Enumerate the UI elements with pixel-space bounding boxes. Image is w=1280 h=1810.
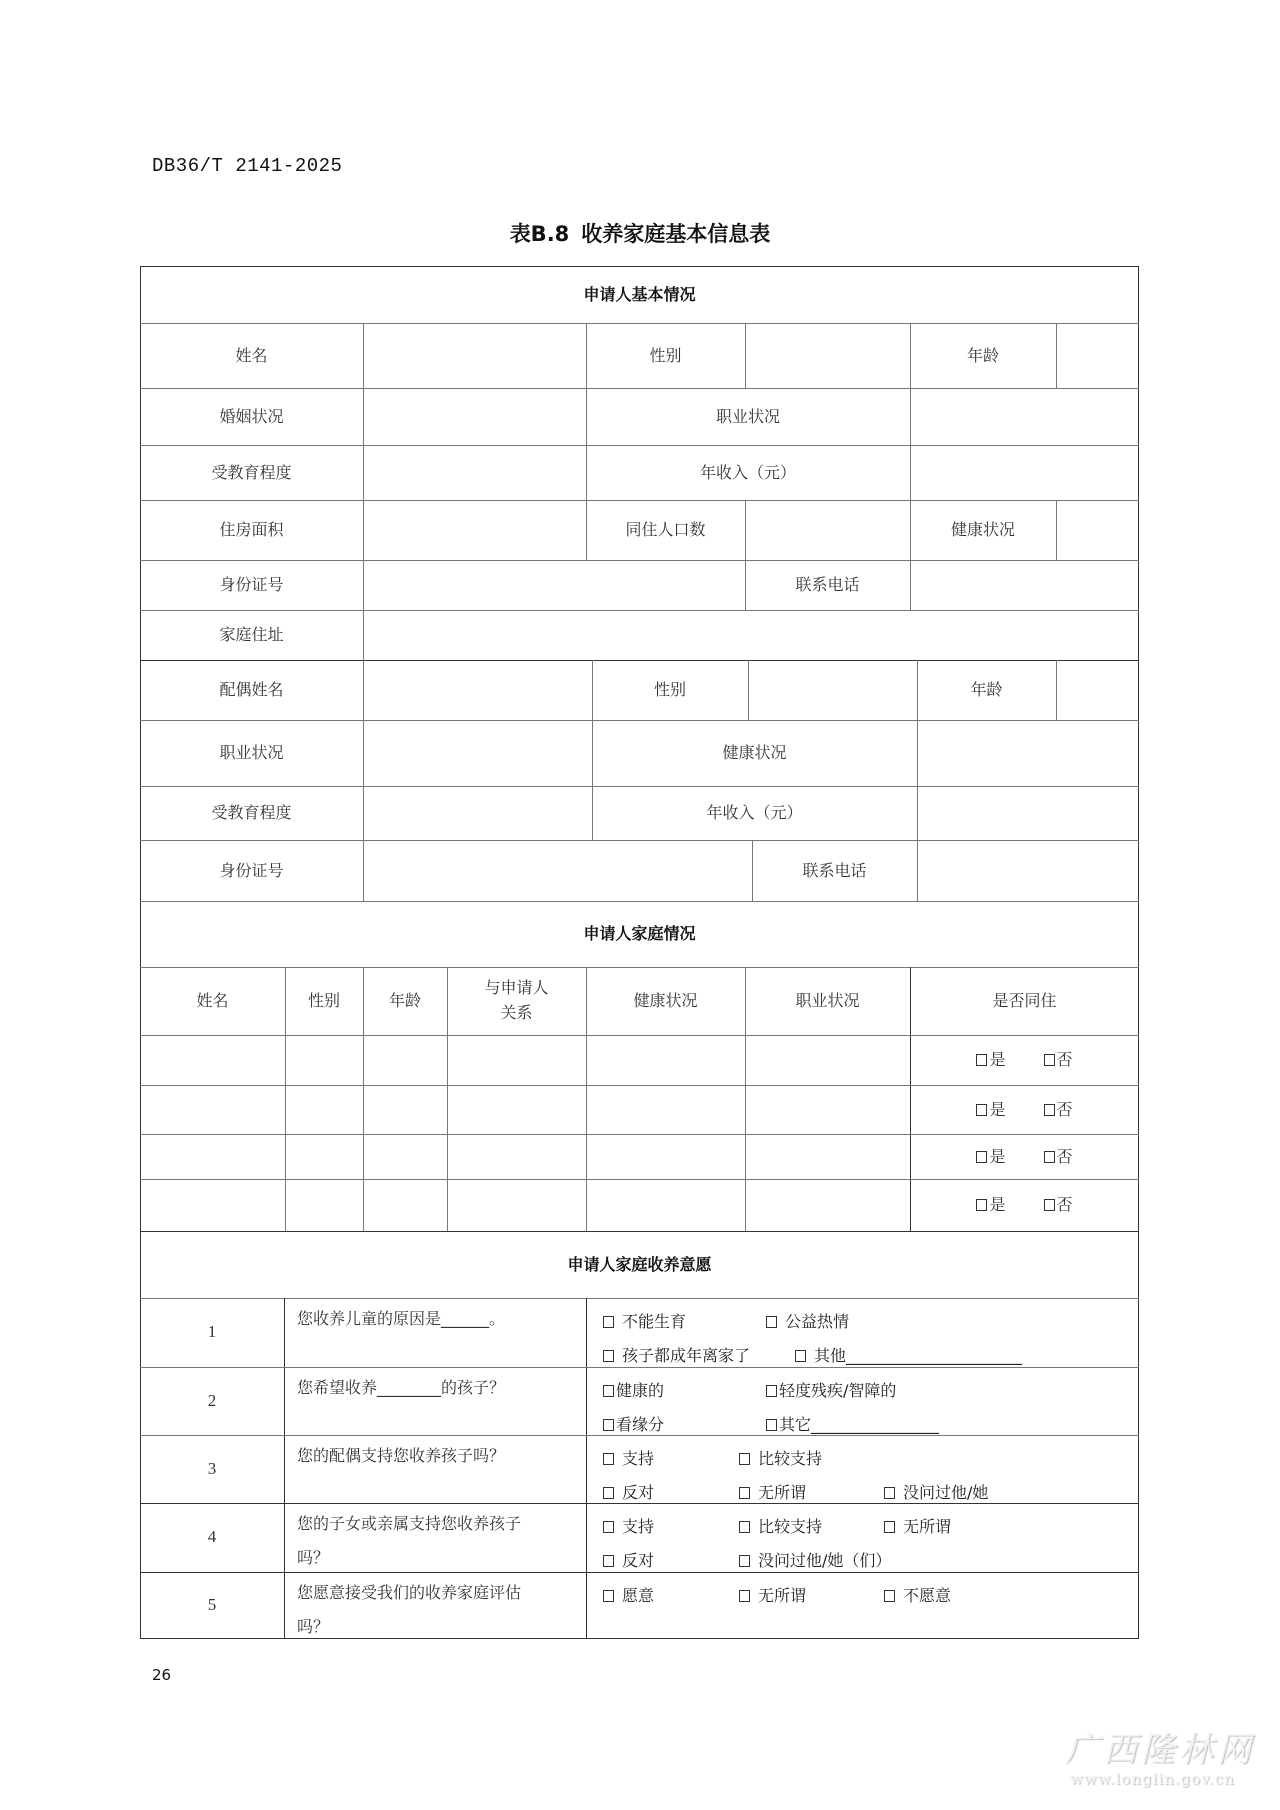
cohabit-yes-option[interactable]: 是: [976, 1046, 1005, 1073]
label-applicant-income: 年收入（元）: [586, 445, 910, 500]
label-applicant-age: 年龄: [910, 323, 1056, 388]
checkbox-icon[interactable]: [739, 1487, 750, 1499]
watermark-url: www.longlin.gov.cn: [1070, 1770, 1235, 1788]
table-title: 表B.8收养家庭基本信息表: [0, 218, 1280, 248]
family-cell-age[interactable]: [363, 1179, 447, 1231]
option-indifferent[interactable]: 无所谓: [739, 1583, 806, 1606]
label-spouse-id: 身份证号: [140, 840, 363, 901]
page-number: 26: [152, 1666, 171, 1684]
question-number: 5: [140, 1572, 284, 1639]
family-col-name: 姓名: [140, 967, 285, 1035]
option-oppose[interactable]: 反对: [603, 1548, 654, 1571]
question-text-line1: 您愿意接受我们的收养家庭评估: [297, 1576, 582, 1610]
family-cell-cohabit: 是 否: [910, 1134, 1139, 1179]
family-col-relation-line1: 与申请人: [484, 976, 548, 1001]
family-cell-relation[interactable]: [447, 1035, 586, 1085]
field-applicant-education[interactable]: [363, 445, 586, 500]
cohabit-no-option[interactable]: 否: [1044, 1143, 1073, 1170]
checkbox-icon[interactable]: [603, 1487, 614, 1499]
question-number: 4: [140, 1503, 284, 1572]
field-applicant-age[interactable]: [1056, 323, 1139, 388]
divider: [363, 323, 364, 388]
option-indifferent[interactable]: 无所谓: [884, 1514, 951, 1537]
option-fairly-support[interactable]: 比较支持: [739, 1514, 822, 1537]
label-spouse-education: 受教育程度: [140, 786, 363, 840]
option-fate[interactable]: 看缘分: [603, 1412, 664, 1435]
family-cell-cohabit: 是 否: [910, 1035, 1139, 1085]
option-other-reason[interactable]: 其他______________________: [795, 1343, 1022, 1366]
checkbox-icon[interactable]: [739, 1590, 750, 1602]
divider: [140, 1503, 1139, 1504]
checkbox-icon[interactable]: [1044, 1199, 1055, 1211]
field-spouse-phone[interactable]: [917, 840, 1139, 901]
cohabit-yes-option[interactable]: 是: [976, 1143, 1005, 1170]
cohabit-yes-option[interactable]: 是: [976, 1191, 1005, 1218]
family-cell-health[interactable]: [586, 1085, 745, 1134]
checkbox-icon[interactable]: [1044, 1104, 1055, 1116]
family-cell-relation[interactable]: [447, 1085, 586, 1134]
checkbox-icon[interactable]: [739, 1453, 750, 1465]
option-mild-disability[interactable]: 轻度残疾/智障的: [766, 1378, 896, 1401]
label-household-size: 同住人口数: [586, 500, 745, 560]
family-cell-health[interactable]: [586, 1134, 745, 1179]
cohabit-no-option[interactable]: 否: [1044, 1046, 1073, 1073]
field-applicant-id[interactable]: [363, 560, 745, 610]
divider: [748, 660, 749, 720]
label-applicant-phone: 联系电话: [745, 560, 910, 610]
label-applicant-id: 身份证号: [140, 560, 363, 610]
option-fairly-support[interactable]: 比较支持: [739, 1446, 822, 1469]
cohabit-no-option[interactable]: 否: [1044, 1096, 1073, 1123]
checkbox-icon[interactable]: [603, 1521, 614, 1533]
checkbox-icon[interactable]: [766, 1385, 777, 1397]
divider: [363, 610, 364, 660]
family-cell-occupation[interactable]: [745, 1035, 910, 1085]
option-willing[interactable]: 愿意: [603, 1583, 654, 1606]
checkbox-icon[interactable]: [795, 1350, 806, 1362]
checkbox-icon[interactable]: [976, 1104, 987, 1116]
family-cell-name[interactable]: [140, 1035, 285, 1085]
option-indifferent[interactable]: 无所谓: [739, 1480, 806, 1503]
checkbox-icon[interactable]: [766, 1419, 777, 1431]
divider: [586, 1298, 587, 1639]
checkbox-icon[interactable]: [603, 1316, 614, 1328]
checkbox-icon[interactable]: [603, 1590, 614, 1602]
family-cell-age[interactable]: [363, 1085, 447, 1134]
family-cell-health[interactable]: [586, 1179, 745, 1231]
label-spouse-age: 年龄: [917, 660, 1056, 720]
label-spouse-phone: 联系电话: [752, 840, 917, 901]
field-applicant-occupation[interactable]: [910, 388, 1139, 445]
label-address: 家庭住址: [140, 610, 363, 660]
cohabit-yes-option[interactable]: 是: [976, 1096, 1005, 1123]
family-cell-occupation[interactable]: [745, 1134, 910, 1179]
checkbox-icon[interactable]: [739, 1521, 750, 1533]
divider: [910, 560, 911, 610]
field-spouse-name[interactable]: [363, 660, 592, 720]
checkbox-icon[interactable]: [603, 1350, 614, 1362]
label-applicant-occupation: 职业状况: [586, 388, 910, 445]
divider: [1056, 660, 1057, 720]
question-number: 3: [140, 1435, 284, 1503]
label-applicant-name: 姓名: [140, 323, 363, 388]
question-number: 2: [140, 1367, 284, 1435]
option-support[interactable]: 支持: [603, 1514, 654, 1537]
checkbox-icon[interactable]: [603, 1419, 614, 1431]
section-title-applicant-basic: 申请人基本情况: [140, 266, 1139, 323]
label-applicant-education: 受教育程度: [140, 445, 363, 500]
section-title-intentions: 申请人家庭收养意愿: [140, 1231, 1139, 1298]
table-title-text: 收养家庭基本信息表: [581, 222, 770, 246]
divider: [363, 500, 364, 560]
family-cell-age[interactable]: [363, 1134, 447, 1179]
checkbox-icon[interactable]: [884, 1487, 895, 1499]
divider: [910, 323, 911, 388]
cohabit-no-option[interactable]: 否: [1044, 1191, 1073, 1218]
label-marital-status: 婚姻状况: [140, 388, 363, 445]
family-cell-age[interactable]: [363, 1035, 447, 1085]
question-text: 您收养儿童的原因是______。: [297, 1302, 582, 1336]
table-id: 表B.8: [510, 222, 570, 246]
family-cell-name[interactable]: [140, 1134, 285, 1179]
field-household-size[interactable]: [745, 500, 910, 560]
field-applicant-phone[interactable]: [910, 560, 1139, 610]
family-cell-gender[interactable]: [285, 1179, 363, 1231]
family-cell-name[interactable]: [140, 1085, 285, 1134]
option-not-asked[interactable]: 没问过他/她（们）: [739, 1548, 891, 1571]
option-unwilling[interactable]: 不愿意: [884, 1583, 951, 1606]
label-applicant-health: 健康状况: [910, 500, 1056, 560]
family-col-gender: 性别: [285, 967, 363, 1035]
family-col-occupation: 职业状况: [745, 967, 910, 1035]
option-oppose[interactable]: 反对: [603, 1480, 654, 1503]
question-number: 1: [140, 1298, 284, 1367]
field-applicant-name[interactable]: [363, 323, 586, 388]
divider: [586, 323, 587, 388]
checkbox-icon[interactable]: [603, 1555, 614, 1567]
question-text-line2: 吗？: [297, 1541, 582, 1575]
family-cell-cohabit: 是 否: [910, 1179, 1139, 1231]
divider: [1056, 323, 1057, 388]
family-cell-gender[interactable]: [285, 1085, 363, 1134]
family-cell-health[interactable]: [586, 1035, 745, 1085]
divider: [910, 500, 911, 560]
checkbox-icon[interactable]: [976, 1054, 987, 1066]
document-number: DB36/T 2141-2025: [152, 155, 342, 177]
checkbox-icon[interactable]: [884, 1590, 895, 1602]
question-text: 您的配偶支持您收养孩子吗？: [297, 1439, 582, 1473]
family-cell-gender[interactable]: [285, 1035, 363, 1085]
checkbox-icon[interactable]: [603, 1453, 614, 1465]
field-spouse-age[interactable]: [1056, 660, 1139, 720]
divider: [284, 1298, 285, 1639]
field-housing-area[interactable]: [363, 500, 586, 560]
field-applicant-income[interactable]: [910, 445, 1139, 500]
field-applicant-health[interactable]: [1056, 500, 1139, 560]
divider: [363, 560, 364, 610]
checkbox-icon[interactable]: [739, 1555, 750, 1567]
family-col-cohabit: 是否同住: [910, 967, 1139, 1035]
divider: [745, 323, 746, 388]
family-cell-cohabit: 是 否: [910, 1085, 1139, 1134]
option-other-child[interactable]: 其它________________: [766, 1412, 939, 1435]
option-empty-nest[interactable]: 孩子都成年离家了: [603, 1343, 750, 1366]
family-col-relation: 与申请人 关系: [447, 967, 586, 1035]
family-cell-relation[interactable]: [447, 1134, 586, 1179]
field-address[interactable]: [363, 610, 1139, 660]
checkbox-icon[interactable]: [1044, 1054, 1055, 1066]
field-spouse-income[interactable]: [917, 786, 1139, 840]
label-spouse-name: 配偶姓名: [140, 660, 363, 720]
field-spouse-gender[interactable]: [748, 660, 917, 720]
divider: [745, 560, 746, 610]
section-title-family: 申请人家庭情况: [140, 901, 1139, 967]
field-spouse-health[interactable]: [917, 720, 1139, 786]
field-spouse-education[interactable]: [363, 786, 592, 840]
family-cell-name[interactable]: [140, 1179, 285, 1231]
family-cell-occupation[interactable]: [745, 1085, 910, 1134]
field-spouse-id[interactable]: [363, 840, 752, 901]
family-col-relation-line2: 关系: [500, 1001, 532, 1026]
checkbox-icon[interactable]: [976, 1199, 987, 1211]
option-healthy[interactable]: 健康的: [603, 1378, 664, 1401]
label-spouse-gender: 性别: [592, 660, 748, 720]
label-housing-area: 住房面积: [140, 500, 363, 560]
divider: [140, 1572, 1139, 1573]
divider: [586, 500, 587, 560]
label-spouse-occupation: 职业状况: [140, 720, 363, 786]
field-applicant-gender[interactable]: [745, 323, 910, 388]
divider: [140, 1367, 1139, 1368]
question-text: 您希望收养________的孩子？: [297, 1371, 582, 1405]
divider: [752, 840, 753, 901]
question-text-line2: 吗？: [297, 1610, 582, 1644]
option-public-welfare[interactable]: 公益热情: [766, 1309, 849, 1332]
label-applicant-gender: 性别: [586, 323, 745, 388]
checkbox-icon[interactable]: [976, 1151, 987, 1163]
option-support[interactable]: 支持: [603, 1446, 654, 1469]
divider: [140, 1298, 1139, 1299]
option-infertile[interactable]: 不能生育: [603, 1309, 686, 1332]
question-text-line1: 您的子女或亲属支持您收养孩子: [297, 1507, 582, 1541]
divider: [745, 500, 746, 560]
divider: [1056, 500, 1057, 560]
field-spouse-occupation[interactable]: [363, 720, 592, 786]
label-spouse-health: 健康状况: [592, 720, 917, 786]
family-cell-occupation[interactable]: [745, 1179, 910, 1231]
family-cell-relation[interactable]: [447, 1179, 586, 1231]
family-col-health: 健康状况: [586, 967, 745, 1035]
checkbox-icon[interactable]: [603, 1385, 614, 1397]
option-not-asked[interactable]: 没问过他/她: [884, 1480, 988, 1503]
checkbox-icon[interactable]: [766, 1316, 777, 1328]
label-spouse-income: 年收入（元）: [592, 786, 917, 840]
family-col-age: 年龄: [363, 967, 447, 1035]
checkbox-icon[interactable]: [884, 1521, 895, 1533]
checkbox-icon[interactable]: [1044, 1151, 1055, 1163]
divider: [140, 1435, 1139, 1436]
family-cell-gender[interactable]: [285, 1134, 363, 1179]
watermark-logo: 广西隆林网: [1065, 1722, 1255, 1771]
field-marital-status[interactable]: [363, 388, 586, 445]
